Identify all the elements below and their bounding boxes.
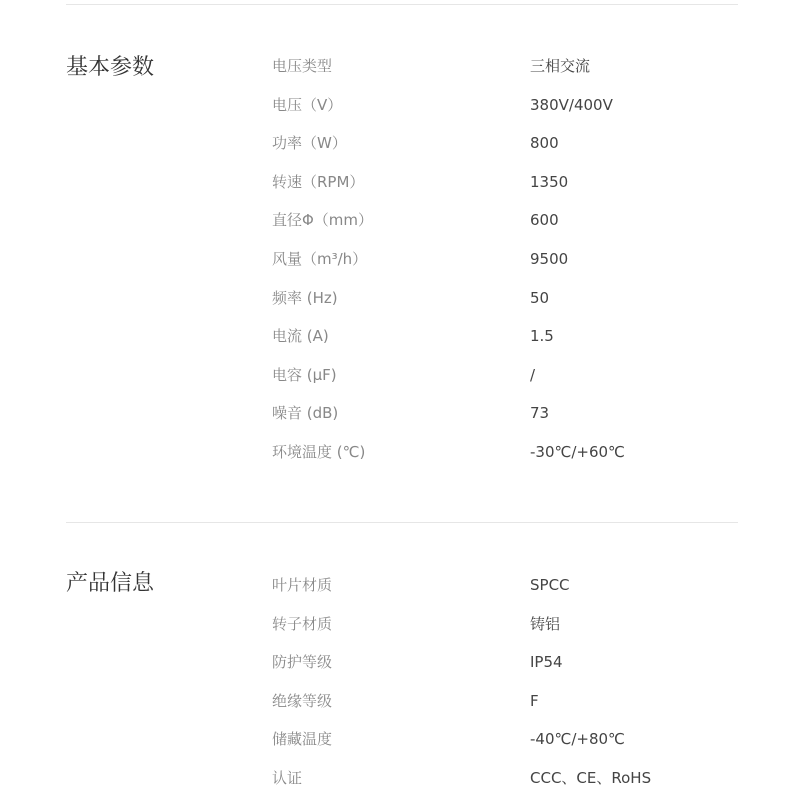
spec-label: 绝缘等级 [272, 691, 332, 711]
spec-label: 转子材质 [272, 614, 332, 634]
spec-value: 三相交流 [530, 56, 590, 76]
spec-label: 电容 (μF) [272, 365, 337, 385]
spec-value: CCC、CE、RoHS [530, 768, 651, 788]
spec-label: 电压（V） [272, 95, 342, 115]
section-divider [66, 522, 738, 523]
spec-value: IP54 [530, 652, 563, 672]
spec-value: 铸铝 [530, 614, 560, 634]
spec-label: 噪音 (dB) [272, 403, 338, 423]
spec-label: 频率 (Hz) [272, 288, 338, 308]
spec-row: 环境温度 (℃) -30℃/+60℃ [0, 442, 800, 481]
spec-value: SPCC [530, 575, 570, 595]
spec-row: 风量（m³/h） 9500 [0, 249, 800, 288]
spec-row: 转速（RPM） 1350 [0, 172, 800, 211]
spec-row: 储藏温度 -40℃/+80℃ [0, 729, 800, 768]
spec-value: 800 [530, 133, 559, 153]
spec-value: 50 [530, 288, 549, 308]
spec-value: 1350 [530, 172, 568, 192]
spec-label: 转速（RPM） [272, 172, 364, 192]
spec-value: -40℃/+80℃ [530, 729, 625, 749]
spec-label: 功率（W） [272, 133, 347, 153]
spec-row: 绝缘等级 F [0, 691, 800, 730]
top-divider [66, 4, 738, 5]
spec-row: 防护等级 IP54 [0, 652, 800, 691]
spec-value: -30℃/+60℃ [530, 442, 625, 462]
spec-value: 380V/400V [530, 95, 613, 115]
spec-row: 电压类型 三相交流 [0, 56, 800, 95]
spec-label: 叶片材质 [272, 575, 332, 595]
spec-row: 直径Φ（mm） 600 [0, 210, 800, 249]
spec-label: 环境温度 (℃) [272, 442, 365, 462]
spec-label: 电流 (A) [272, 326, 329, 346]
spec-row: 电压（V） 380V/400V [0, 95, 800, 134]
spec-label: 风量（m³/h） [272, 249, 367, 269]
spec-value: 73 [530, 403, 549, 423]
spec-row: 电容 (μF) / [0, 365, 800, 404]
spec-row: 认证 CCC、CE、RoHS [0, 768, 800, 800]
spec-value: 1.5 [530, 326, 554, 346]
spec-label: 储藏温度 [272, 729, 332, 749]
spec-row: 功率（W） 800 [0, 133, 800, 172]
spec-value: 9500 [530, 249, 568, 269]
spec-row: 转子材质 铸铝 [0, 614, 800, 653]
spec-value: / [530, 365, 535, 385]
spec-value: 600 [530, 210, 559, 230]
spec-label: 电压类型 [272, 56, 332, 76]
spec-label: 防护等级 [272, 652, 332, 672]
spec-label: 直径Φ（mm） [272, 210, 373, 230]
spec-row: 频率 (Hz) 50 [0, 288, 800, 327]
spec-value: F [530, 691, 539, 711]
spec-row: 噪音 (dB) 73 [0, 403, 800, 442]
spec-row: 叶片材质 SPCC [0, 575, 800, 614]
spec-label: 认证 [272, 768, 302, 788]
spec-row: 电流 (A) 1.5 [0, 326, 800, 365]
